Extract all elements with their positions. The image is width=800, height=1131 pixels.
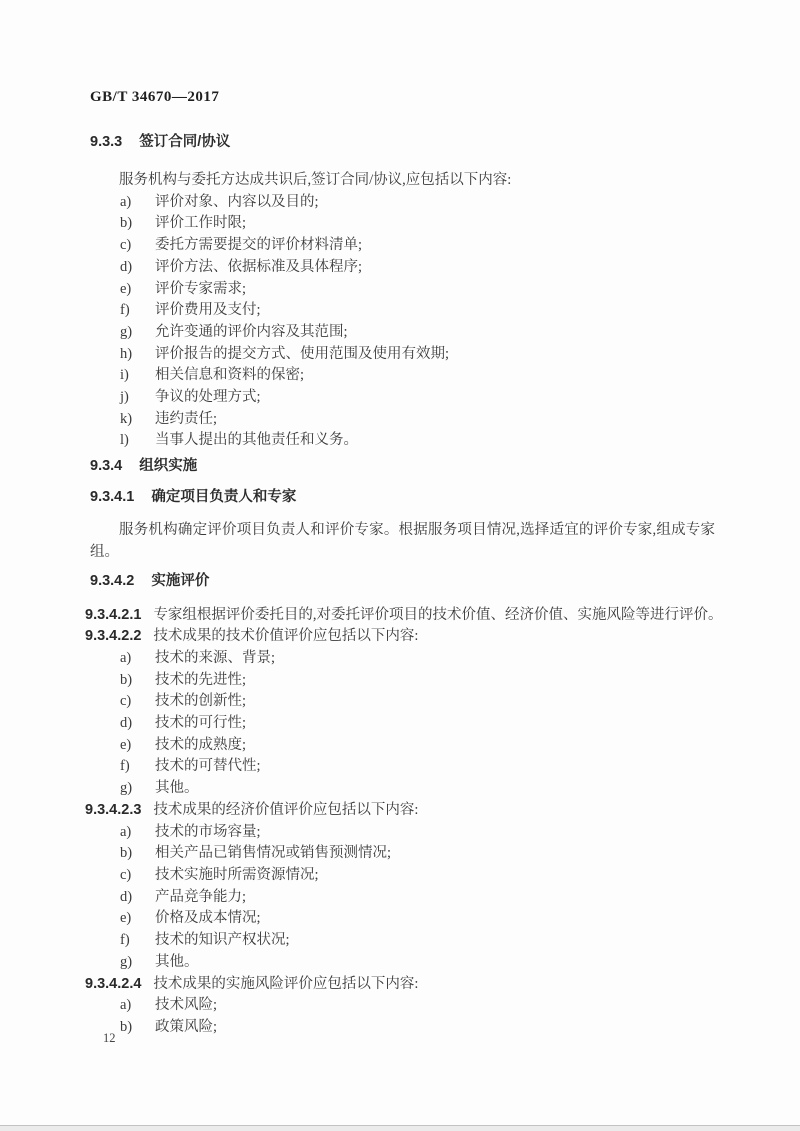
list-item-label: k) (120, 409, 155, 431)
clause-text: 技术成果的技术价值评价应包括以下内容: (153, 628, 418, 644)
clause-paragraph: 9.3.4.2.1专家组根据评价委托目的,对委托评价项目的技术价值、经济价值、实… (85, 605, 715, 627)
list-item-text: 评价报告的提交方式、使用范围及使用有效期; (155, 344, 715, 366)
list-item-text: 相关产品已销售情况或销售预测情况; (155, 843, 715, 865)
list-item: h)评价报告的提交方式、使用范围及使用有效期; (120, 344, 715, 366)
list-item-label: g) (120, 778, 155, 800)
list-item-text: 评价费用及支付; (155, 300, 715, 322)
list-item-text: 委托方需要提交的评价材料清单; (155, 235, 715, 257)
list-item-label: g) (120, 952, 155, 974)
list-item-text: 技术风险; (155, 995, 715, 1017)
list-item: c)技术实施时所需资源情况; (120, 865, 715, 887)
list-item-label: c) (120, 865, 155, 887)
list-item-label: c) (120, 235, 155, 257)
list-item-text: 技术的可替代性; (155, 756, 715, 778)
list-item-label: b) (120, 670, 155, 692)
list-item-text: 违约责任; (155, 409, 715, 431)
list-item-label: a) (120, 648, 155, 670)
list-item-text: 技术的成熟度; (155, 735, 715, 757)
list-item-text: 技术的创新性; (155, 691, 715, 713)
list-item: d)评价方法、依据标准及具体程序; (120, 257, 715, 279)
list-item: b)技术的先进性; (120, 670, 715, 692)
list-item: f)评价费用及支付; (120, 300, 715, 322)
list-item-label: b) (120, 1017, 155, 1039)
list-item-label: d) (120, 257, 155, 279)
item-list: a)技术的市场容量;b)相关产品已销售情况或销售预测情况;c)技术实施时所需资源… (90, 822, 715, 974)
clause-text: 技术成果的实施风险评价应包括以下内容: (153, 976, 418, 992)
list-item-text: 评价方法、依据标准及具体程序; (155, 257, 715, 279)
section-number: 9.3.3 (90, 134, 122, 150)
section-number: 9.3.4 (90, 458, 122, 474)
section-heading: 9.3.3签订合同/协议 (90, 134, 715, 150)
clause-paragraph: 9.3.4.2.2技术成果的技术价值评价应包括以下内容: (85, 626, 715, 648)
list-item: b)相关产品已销售情况或销售预测情况; (120, 843, 715, 865)
clause-number: 9.3.4.2.3 (85, 800, 141, 822)
list-item-label: h) (120, 344, 155, 366)
list-item: f)技术的知识产权状况; (120, 930, 715, 952)
list-item-label: f) (120, 756, 155, 778)
list-item-label: d) (120, 887, 155, 909)
list-item: i)相关信息和资料的保密; (120, 365, 715, 387)
list-item: g)其他。 (120, 778, 715, 800)
item-list: a)技术风险;b)政策风险; (90, 995, 715, 1038)
list-item-label: j) (120, 387, 155, 409)
list-item: e)价格及成本情况; (120, 908, 715, 930)
list-item-label: a) (120, 192, 155, 214)
document-page: GB/T 34670—2017 9.3.3签订合同/协议服务机构与委托方达成共识… (0, 0, 800, 1131)
list-item-text: 相关信息和资料的保密; (155, 365, 715, 387)
list-item-text: 评价对象、内容以及目的; (155, 192, 715, 214)
list-item: e)技术的成熟度; (120, 735, 715, 757)
clause-number: 9.3.4.2.4 (85, 974, 141, 996)
list-item: j)争议的处理方式; (120, 387, 715, 409)
list-item-text: 技术的先进性; (155, 670, 715, 692)
list-item-label: e) (120, 735, 155, 757)
section-heading: 9.3.4.2实施评价 (90, 573, 715, 589)
list-item-text: 其他。 (155, 952, 715, 974)
list-item: a)评价对象、内容以及目的; (120, 192, 715, 214)
list-item-label: g) (120, 322, 155, 344)
list-item-text: 其他。 (155, 778, 715, 800)
list-item-text: 政策风险; (155, 1017, 715, 1039)
section-number: 9.3.4.1 (90, 489, 134, 505)
clause-paragraph: 9.3.4.2.3技术成果的经济价值评价应包括以下内容: (85, 800, 715, 822)
list-item-label: b) (120, 843, 155, 865)
list-item-label: f) (120, 300, 155, 322)
list-item: d)产品竞争能力; (120, 887, 715, 909)
section-title: 确定项目负责人和专家 (151, 489, 296, 505)
list-item-label: a) (120, 822, 155, 844)
list-item-text: 技术实施时所需资源情况; (155, 865, 715, 887)
list-item-label: d) (120, 713, 155, 735)
list-item-text: 价格及成本情况; (155, 908, 715, 930)
list-item: e)评价专家需求; (120, 279, 715, 301)
list-item: a)技术风险; (120, 995, 715, 1017)
list-item-label: b) (120, 213, 155, 235)
list-item-text: 技术的来源、背景; (155, 648, 715, 670)
list-item-text: 评价专家需求; (155, 279, 715, 301)
list-item-text: 技术的可行性; (155, 713, 715, 735)
item-list: a)评价对象、内容以及目的;b)评价工作时限;c)委托方需要提交的评价材料清单;… (90, 192, 715, 452)
list-item-text: 当事人提出的其他责任和义务。 (155, 430, 715, 452)
list-item-text: 产品竞争能力; (155, 887, 715, 909)
list-item: l)当事人提出的其他责任和义务。 (120, 430, 715, 452)
list-item: b)评价工作时限; (120, 213, 715, 235)
list-item-text: 允许变通的评价内容及其范围; (155, 322, 715, 344)
list-item: g)允许变通的评价内容及其范围; (120, 322, 715, 344)
section-heading: 9.3.4组织实施 (90, 458, 715, 474)
list-item: b)政策风险; (120, 1017, 715, 1039)
list-item: c)委托方需要提交的评价材料清单; (120, 235, 715, 257)
list-item: c)技术的创新性; (120, 691, 715, 713)
section-number: 9.3.4.2 (90, 573, 134, 589)
item-list: a)技术的来源、背景;b)技术的先进性;c)技术的创新性;d)技术的可行性;e)… (90, 648, 715, 800)
list-item: f)技术的可替代性; (120, 756, 715, 778)
page-bottom-edge (0, 1125, 800, 1131)
list-item-text: 技术的市场容量; (155, 822, 715, 844)
paragraph: 服务机构与委托方达成共识后,签订合同/协议,应包括以下内容: (90, 170, 715, 192)
list-item-label: e) (120, 279, 155, 301)
clause-paragraph: 9.3.4.2.4技术成果的实施风险评价应包括以下内容: (85, 974, 715, 996)
standard-number-header: GB/T 34670—2017 (90, 88, 219, 106)
section-heading: 9.3.4.1确定项目负责人和专家 (90, 489, 715, 505)
list-item: a)技术的市场容量; (120, 822, 715, 844)
list-item-label: f) (120, 930, 155, 952)
list-item-label: l) (120, 430, 155, 452)
list-item-label: i) (120, 365, 155, 387)
clause-number: 9.3.4.2.2 (85, 626, 141, 648)
list-item-text: 评价工作时限; (155, 213, 715, 235)
section-title: 签订合同/协议 (139, 134, 230, 150)
section-title: 组织实施 (139, 458, 197, 474)
section-title: 实施评价 (151, 573, 209, 589)
list-item-label: a) (120, 995, 155, 1017)
paragraph: 服务机构确定评价项目负责人和评价专家。根据服务项目情况,选择适宜的评价专家,组成… (90, 520, 715, 563)
list-item-text: 技术的知识产权状况; (155, 930, 715, 952)
clause-text: 专家组根据评价委托目的,对委托评价项目的技术价值、经济价值、实施风险等进行评价。 (153, 607, 722, 623)
list-item-label: e) (120, 908, 155, 930)
list-item: d)技术的可行性; (120, 713, 715, 735)
list-item-text: 争议的处理方式; (155, 387, 715, 409)
clause-text: 技术成果的经济价值评价应包括以下内容: (153, 802, 418, 818)
document-body: 9.3.3签订合同/协议服务机构与委托方达成共识后,签订合同/协议,应包括以下内… (90, 134, 715, 1039)
list-item: k)违约责任; (120, 409, 715, 431)
list-item: a)技术的来源、背景; (120, 648, 715, 670)
list-item: g)其他。 (120, 952, 715, 974)
page-number: 12 (103, 1031, 116, 1046)
list-item-label: c) (120, 691, 155, 713)
clause-number: 9.3.4.2.1 (85, 605, 141, 627)
